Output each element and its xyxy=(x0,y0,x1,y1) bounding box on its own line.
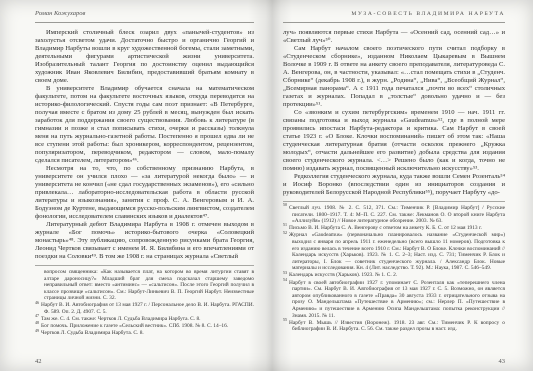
footnote-marker: 48 xyxy=(35,320,39,325)
footnote: 55Нарбут В. Мышь // Известия (Воронеж). … xyxy=(283,320,505,333)
book-spread: Роман Кожухаров Имперский столичный блес… xyxy=(0,0,533,371)
page-right: МУЗА-СОВЕСТЬ ВЛАДИМИРА НАРБУТА луч» появ… xyxy=(266,0,533,371)
footnote-marker: 50 xyxy=(283,202,287,207)
footnote: 48Бог помочь. Приложение к газете «Сельс… xyxy=(35,323,254,330)
footnote: вопросом священника: «Как называется пла… xyxy=(35,269,254,302)
paragraph: Литературный дебют Владимира Нарбута в 1… xyxy=(35,221,254,261)
paragraph: Со «звонким и сухим петербургским» време… xyxy=(283,109,505,173)
paragraph: Имперский столичный блеск озарил двух «п… xyxy=(35,29,254,85)
footnote-marker: 51 xyxy=(283,222,287,227)
footnote-marker: 53 xyxy=(283,270,287,275)
right-footnote-section: 50Светлый луч. 1908. № 2. С. 512, 371. С… xyxy=(283,201,505,333)
running-head-title: МУЗА-СОВЕСТЬ ВЛАДИМИРА НАРБУТА xyxy=(283,10,505,23)
footnote-marker: 47 xyxy=(35,313,39,318)
paragraph: Редколлегия студенческого журнала, куда … xyxy=(283,173,505,197)
paragraph: луч» появляются первые стихи Нарбута — «… xyxy=(283,29,505,45)
page-number-left: 42 xyxy=(35,355,254,365)
footnote: 52Журнал «Gaudeamus» (первоначально план… xyxy=(283,232,505,272)
footnote: 54Нарбут в своей автобиографии 1927 г. у… xyxy=(283,280,505,320)
footnote: 51Письмо В. И. Нарбута С. А. Венгерову с… xyxy=(283,225,505,232)
right-body-text: луч» появляются первые стихи Нарбута — «… xyxy=(283,29,505,197)
footnote-marker: 55 xyxy=(283,317,287,322)
footnote: 46Нарбут В. И. Автобиография от 13 мая 1… xyxy=(35,302,254,315)
paragraph: Несмотря на то, что, по собственному при… xyxy=(35,165,254,221)
footnote: 53Календарь искусств (Харьков). 1923. № … xyxy=(283,272,505,279)
footnote-marker: 46 xyxy=(35,300,39,305)
page-number-right: 43 xyxy=(283,355,505,365)
left-footnote-section: вопросом священника: «Как называется пла… xyxy=(35,265,254,337)
footnote: 47Там же. С. 4. См. также: Чертков Л. Су… xyxy=(35,316,254,323)
page-left: Роман Кожухаров Имперский столичный блес… xyxy=(0,0,266,371)
running-head-author: Роман Кожухаров xyxy=(35,10,254,23)
footnote: 49Чертков Л. Судьба Владимира Нарбута. С… xyxy=(35,330,254,337)
footnote-marker: 54 xyxy=(283,277,287,282)
footnote-marker: 52 xyxy=(283,230,287,235)
paragraph: В университете Владимир обучается сначал… xyxy=(35,85,254,165)
footnote: 50Светлый луч. 1908. № 2. С. 512, 371. С… xyxy=(283,205,505,225)
paragraph: Сам Нарбут началом своего поэтического п… xyxy=(283,45,505,109)
footnote-marker: 49 xyxy=(35,328,39,333)
left-body-text: Имперский столичный блеск озарил двух «п… xyxy=(35,29,254,261)
